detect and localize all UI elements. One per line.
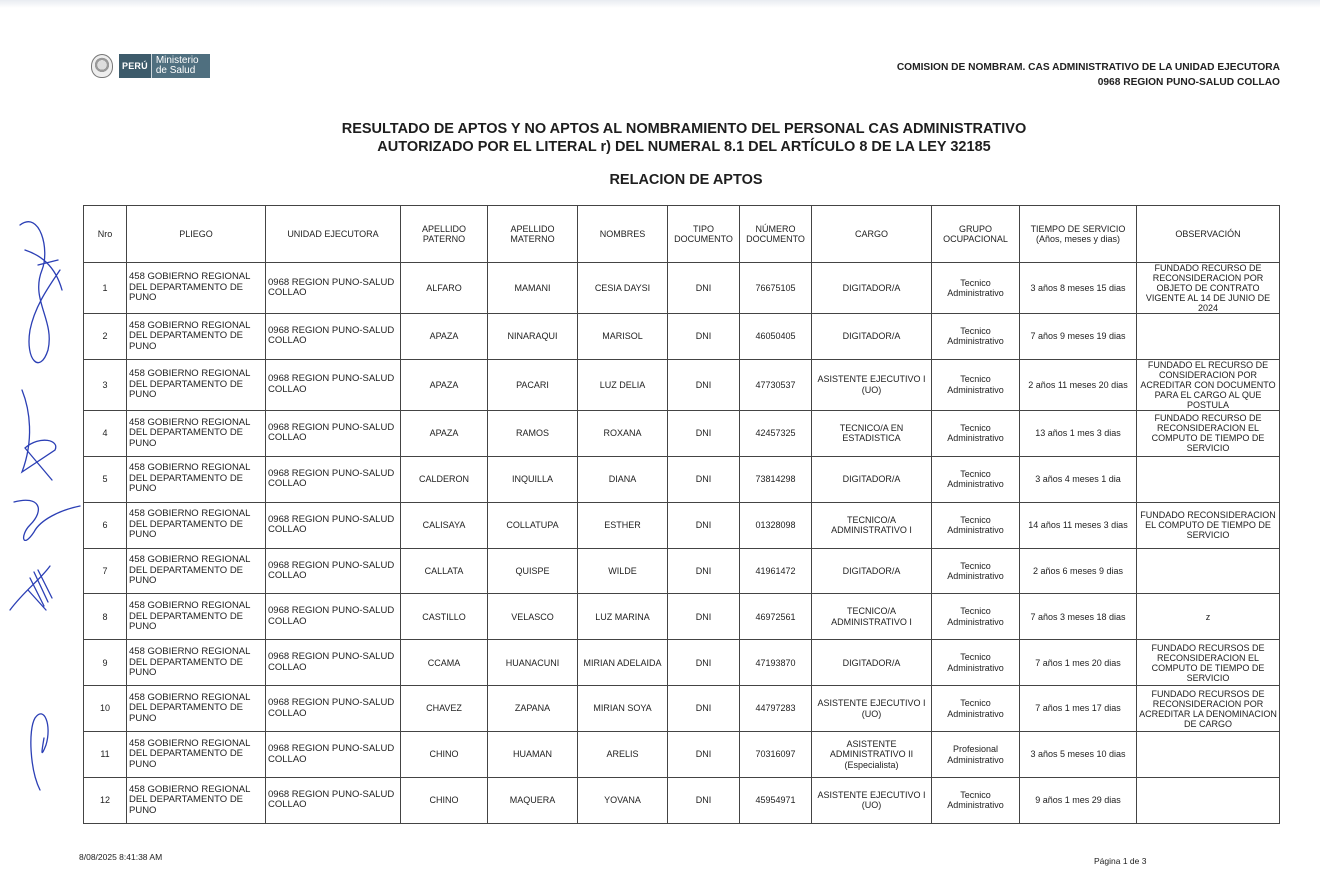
column-header: NOMBRES xyxy=(578,206,668,263)
grupo-ocupacional-cell: Tecnico Administrativo xyxy=(932,502,1020,548)
apellido-materno-cell: COLLATUPA xyxy=(488,502,578,548)
table-row: 4458 GOBIERNO REGIONAL DEL DEPARTAMENTO … xyxy=(84,410,1280,456)
apellido-materno-cell: ZAPANA xyxy=(488,686,578,732)
numero-documento-cell: 73814298 xyxy=(740,456,812,502)
pliego-cell: 458 GOBIERNO REGIONAL DEL DEPARTAMENTO D… xyxy=(127,686,266,732)
apellido-paterno-cell: CHINO xyxy=(401,778,488,824)
grupo-ocupacional-cell: Tecnico Administrativo xyxy=(932,686,1020,732)
tipo-documento-cell: DNI xyxy=(668,456,740,502)
unidad-ejecutora-cell: 0968 REGION PUNO-SALUD COLLAO xyxy=(266,778,401,824)
observacion-cell: FUNDADO RECURSO DE RECONSIDERACION POR O… xyxy=(1137,263,1280,314)
cargo-cell: TECNICO/A EN ESTADISTICA xyxy=(812,410,932,456)
apellido-materno-cell: RAMOS xyxy=(488,410,578,456)
apellido-paterno-cell: ALFARO xyxy=(401,263,488,314)
table-body: 1458 GOBIERNO REGIONAL DEL DEPARTAMENTO … xyxy=(84,263,1280,824)
tipo-documento-cell: DNI xyxy=(668,732,740,778)
commission-line2: 0968 REGION PUNO-SALUD COLLAO xyxy=(897,75,1280,90)
unidad-ejecutora-cell: 0968 REGION PUNO-SALUD COLLAO xyxy=(266,548,401,594)
numero-documento-cell: 42457325 xyxy=(740,410,812,456)
pliego-cell: 458 GOBIERNO REGIONAL DEL DEPARTAMENTO D… xyxy=(127,640,266,686)
unidad-ejecutora-cell: 0968 REGION PUNO-SALUD COLLAO xyxy=(266,410,401,456)
cargo-cell: ASISTENTE EJECUTIVO I (UO) xyxy=(812,778,932,824)
column-header: GRUPO OCUPACIONAL xyxy=(932,206,1020,263)
commission-header: COMISION DE NOMBRAM. CAS ADMINISTRATIVO … xyxy=(897,60,1280,90)
tiempo-servicio-cell: 7 años 9 meses 19 dias xyxy=(1020,314,1137,360)
table-row: 1458 GOBIERNO REGIONAL DEL DEPARTAMENTO … xyxy=(84,263,1280,314)
cargo-cell: TECNICO/A ADMINISTRATIVO I xyxy=(812,502,932,548)
signature-4 xyxy=(10,566,52,610)
apellido-materno-cell: PACARI xyxy=(488,359,578,410)
unidad-ejecutora-cell: 0968 REGION PUNO-SALUD COLLAO xyxy=(266,732,401,778)
column-header: NÚMERO DOCUMENTO xyxy=(740,206,812,263)
apellido-paterno-cell: CHAVEZ xyxy=(401,686,488,732)
pliego-cell: 458 GOBIERNO REGIONAL DEL DEPARTAMENTO D… xyxy=(127,548,266,594)
nombres-cell: ARELIS xyxy=(578,732,668,778)
tiempo-servicio-cell: 2 años 11 meses 20 dias xyxy=(1020,359,1137,410)
tiempo-servicio-cell: 9 años 1 mes 29 dias xyxy=(1020,778,1137,824)
tipo-documento-cell: DNI xyxy=(668,502,740,548)
unidad-ejecutora-cell: 0968 REGION PUNO-SALUD COLLAO xyxy=(266,686,401,732)
table-row: 7458 GOBIERNO REGIONAL DEL DEPARTAMENTO … xyxy=(84,548,1280,594)
apellido-paterno-cell: CALISAYA xyxy=(401,502,488,548)
tipo-documento-cell: DNI xyxy=(668,686,740,732)
column-header: CARGO xyxy=(812,206,932,263)
pliego-cell: 458 GOBIERNO REGIONAL DEL DEPARTAMENTO D… xyxy=(127,732,266,778)
tiempo-servicio-cell: 7 años 1 mes 17 dias xyxy=(1020,686,1137,732)
numero-documento-cell: 47730537 xyxy=(740,359,812,410)
aptos-table: NroPLIEGOUNIDAD EJECUTORAAPELLIDO PATERN… xyxy=(83,205,1280,824)
numero-documento-cell: 41961472 xyxy=(740,548,812,594)
tiempo-servicio-cell: 7 años 3 meses 18 dias xyxy=(1020,594,1137,640)
unidad-ejecutora-cell: 0968 REGION PUNO-SALUD COLLAO xyxy=(266,456,401,502)
table-row: 12458 GOBIERNO REGIONAL DEL DEPARTAMENTO… xyxy=(84,778,1280,824)
observacion-cell xyxy=(1137,778,1280,824)
unidad-ejecutora-cell: 0968 REGION PUNO-SALUD COLLAO xyxy=(266,594,401,640)
numero-documento-cell: 70316097 xyxy=(740,732,812,778)
observacion-cell: FUNDADO RECONSIDERACION EL COMPUTO DE TI… xyxy=(1137,502,1280,548)
numero-documento-cell: 76675105 xyxy=(740,263,812,314)
grupo-ocupacional-cell: Tecnico Administrativo xyxy=(932,548,1020,594)
tiempo-servicio-cell: 14 años 11 meses 3 dias xyxy=(1020,502,1137,548)
cargo-cell: ASISTENTE ADMINISTRATIVO II (Especialist… xyxy=(812,732,932,778)
tipo-documento-cell: DNI xyxy=(668,314,740,360)
tipo-documento-cell: DNI xyxy=(668,594,740,640)
apellido-paterno-cell: CASTILLO xyxy=(401,594,488,640)
numero-documento-cell: 44797283 xyxy=(740,686,812,732)
tipo-documento-cell: DNI xyxy=(668,548,740,594)
unidad-ejecutora-cell: 0968 REGION PUNO-SALUD COLLAO xyxy=(266,640,401,686)
numero-documento-cell: 01328098 xyxy=(740,502,812,548)
signature-5 xyxy=(31,714,48,790)
observacion-cell xyxy=(1137,314,1280,360)
pliego-cell: 458 GOBIERNO REGIONAL DEL DEPARTAMENTO D… xyxy=(127,359,266,410)
cargo-cell: DIGITADOR/A xyxy=(812,456,932,502)
apellido-paterno-cell: CALDERON xyxy=(401,456,488,502)
tipo-documento-cell: DNI xyxy=(668,263,740,314)
table-row: 11458 GOBIERNO REGIONAL DEL DEPARTAMENTO… xyxy=(84,732,1280,778)
logo-ministry: Ministerio de Salud xyxy=(152,54,210,78)
grupo-ocupacional-cell: Tecnico Administrativo xyxy=(932,456,1020,502)
grupo-ocupacional-cell: Tecnico Administrativo xyxy=(932,263,1020,314)
commission-line1: COMISION DE NOMBRAM. CAS ADMINISTRATIVO … xyxy=(897,60,1280,75)
document-title: RESULTADO DE APTOS Y NO APTOS AL NOMBRAM… xyxy=(0,120,1320,156)
table-row: 3458 GOBIERNO REGIONAL DEL DEPARTAMENTO … xyxy=(84,359,1280,410)
unidad-ejecutora-cell: 0968 REGION PUNO-SALUD COLLAO xyxy=(266,314,401,360)
observacion-cell xyxy=(1137,732,1280,778)
apellido-materno-cell: MAMANI xyxy=(488,263,578,314)
tiempo-servicio-cell: 3 años 8 meses 15 dias xyxy=(1020,263,1137,314)
observacion-cell: FUNDADO RECURSOS DE RECONSIDERACION POR … xyxy=(1137,686,1280,732)
pliego-cell: 458 GOBIERNO REGIONAL DEL DEPARTAMENTO D… xyxy=(127,314,266,360)
pliego-cell: 458 GOBIERNO REGIONAL DEL DEPARTAMENTO D… xyxy=(127,456,266,502)
column-header: APELLIDO PATERNO xyxy=(401,206,488,263)
signature-3 xyxy=(14,500,80,540)
numero-documento-cell: 46972561 xyxy=(740,594,812,640)
pliego-cell: 458 GOBIERNO REGIONAL DEL DEPARTAMENTO D… xyxy=(127,594,266,640)
grupo-ocupacional-cell: Profesional Administrativo xyxy=(932,732,1020,778)
pliego-cell: 458 GOBIERNO REGIONAL DEL DEPARTAMENTO D… xyxy=(127,410,266,456)
grupo-ocupacional-cell: Tecnico Administrativo xyxy=(932,778,1020,824)
cargo-cell: ASISTENTE EJECUTIVO I (UO) xyxy=(812,686,932,732)
apellido-paterno-cell: APAZA xyxy=(401,359,488,410)
section-title: RELACION DE APTOS xyxy=(0,172,1320,188)
numero-documento-cell: 47193870 xyxy=(740,640,812,686)
apellido-materno-cell: MAQUERA xyxy=(488,778,578,824)
title-line2: AUTORIZADO POR EL LITERAL r) DEL NUMERAL… xyxy=(0,138,1320,156)
column-header: PLIEGO xyxy=(127,206,266,263)
observacion-cell: FUNDADO EL RECURSO DE CONSIDERACION POR … xyxy=(1137,359,1280,410)
pliego-cell: 458 GOBIERNO REGIONAL DEL DEPARTAMENTO D… xyxy=(127,263,266,314)
logo-country: PERÚ xyxy=(119,54,152,78)
print-timestamp: 8/08/2025 8:41:38 AM xyxy=(79,852,162,862)
tiempo-servicio-cell: 2 años 6 meses 9 dias xyxy=(1020,548,1137,594)
signature-2 xyxy=(22,390,56,480)
tiempo-servicio-cell: 7 años 1 mes 20 dias xyxy=(1020,640,1137,686)
signature-1 xyxy=(20,222,62,363)
nombres-cell: ESTHER xyxy=(578,502,668,548)
tipo-documento-cell: DNI xyxy=(668,359,740,410)
column-header: OBSERVACIÓN xyxy=(1137,206,1280,263)
apellido-materno-cell: QUISPE xyxy=(488,548,578,594)
cargo-cell: DIGITADOR/A xyxy=(812,548,932,594)
numero-documento-cell: 45954971 xyxy=(740,778,812,824)
cargo-cell: DIGITADOR/A xyxy=(812,263,932,314)
cargo-cell: DIGITADOR/A xyxy=(812,640,932,686)
nombres-cell: LUZ MARINA xyxy=(578,594,668,640)
table-row: 8458 GOBIERNO REGIONAL DEL DEPARTAMENTO … xyxy=(84,594,1280,640)
grupo-ocupacional-cell: Tecnico Administrativo xyxy=(932,594,1020,640)
nombres-cell: LUZ DELIA xyxy=(578,359,668,410)
apellido-materno-cell: NINARAQUI xyxy=(488,314,578,360)
cargo-cell: ASISTENTE EJECUTIVO I (UO) xyxy=(812,359,932,410)
column-header: TIPO DOCUMENTO xyxy=(668,206,740,263)
apellido-paterno-cell: CCAMA xyxy=(401,640,488,686)
table-row: 6458 GOBIERNO REGIONAL DEL DEPARTAMENTO … xyxy=(84,502,1280,548)
nombres-cell: WILDE xyxy=(578,548,668,594)
tiempo-servicio-cell: 3 años 5 meses 10 dias xyxy=(1020,732,1137,778)
apellido-materno-cell: VELASCO xyxy=(488,594,578,640)
observacion-cell xyxy=(1137,456,1280,502)
table-header-row: NroPLIEGOUNIDAD EJECUTORAAPELLIDO PATERN… xyxy=(84,206,1280,263)
pliego-cell: 458 GOBIERNO REGIONAL DEL DEPARTAMENTO D… xyxy=(127,778,266,824)
column-header: TIEMPO DE SERVICIO (Años, meses y dias) xyxy=(1020,206,1137,263)
column-header: APELLIDO MATERNO xyxy=(488,206,578,263)
tiempo-servicio-cell: 13 años 1 mes 3 dias xyxy=(1020,410,1137,456)
cargo-cell: TECNICO/A ADMINISTRATIVO I xyxy=(812,594,932,640)
apellido-paterno-cell: CHINO xyxy=(401,732,488,778)
table-row: 10458 GOBIERNO REGIONAL DEL DEPARTAMENTO… xyxy=(84,686,1280,732)
tipo-documento-cell: DNI xyxy=(668,640,740,686)
cargo-cell: DIGITADOR/A xyxy=(812,314,932,360)
title-line1: RESULTADO DE APTOS Y NO APTOS AL NOMBRAM… xyxy=(0,120,1320,138)
apellido-paterno-cell: CALLATA xyxy=(401,548,488,594)
column-header: UNIDAD EJECUTORA xyxy=(266,206,401,263)
nombres-cell: YOVANA xyxy=(578,778,668,824)
apellido-materno-cell: HUANACUNI xyxy=(488,640,578,686)
apellido-materno-cell: INQUILLA xyxy=(488,456,578,502)
unidad-ejecutora-cell: 0968 REGION PUNO-SALUD COLLAO xyxy=(266,502,401,548)
observacion-cell: FUNDADO RECURSOS DE RECONSIDERACION EL C… xyxy=(1137,640,1280,686)
numero-documento-cell: 46050405 xyxy=(740,314,812,360)
nombres-cell: DIANA xyxy=(578,456,668,502)
nombres-cell: CESIA DAYSI xyxy=(578,263,668,314)
nombres-cell: ROXANA xyxy=(578,410,668,456)
minsa-logo: PERÚ Ministerio de Salud xyxy=(91,54,210,78)
table-row: 9458 GOBIERNO REGIONAL DEL DEPARTAMENTO … xyxy=(84,640,1280,686)
tiempo-servicio-cell: 3 años 4 meses 1 dia xyxy=(1020,456,1137,502)
scan-edge-shade xyxy=(0,0,1320,8)
nombres-cell: MIRIAN SOYA xyxy=(578,686,668,732)
table-row: 5458 GOBIERNO REGIONAL DEL DEPARTAMENTO … xyxy=(84,456,1280,502)
grupo-ocupacional-cell: Tecnico Administrativo xyxy=(932,359,1020,410)
grupo-ocupacional-cell: Tecnico Administrativo xyxy=(932,314,1020,360)
table-row: 2458 GOBIERNO REGIONAL DEL DEPARTAMENTO … xyxy=(84,314,1280,360)
page-number: Página 1 de 3 xyxy=(1094,856,1146,866)
observacion-cell xyxy=(1137,548,1280,594)
coat-of-arms-icon xyxy=(91,54,113,78)
apellido-materno-cell: HUAMAN xyxy=(488,732,578,778)
unidad-ejecutora-cell: 0968 REGION PUNO-SALUD COLLAO xyxy=(266,263,401,314)
apellido-paterno-cell: APAZA xyxy=(401,410,488,456)
pliego-cell: 458 GOBIERNO REGIONAL DEL DEPARTAMENTO D… xyxy=(127,502,266,548)
grupo-ocupacional-cell: Tecnico Administrativo xyxy=(932,410,1020,456)
apellido-paterno-cell: APAZA xyxy=(401,314,488,360)
observacion-cell: FUNDADO RECURSO DE RECONSIDERACION EL CO… xyxy=(1137,410,1280,456)
grupo-ocupacional-cell: Tecnico Administrativo xyxy=(932,640,1020,686)
unidad-ejecutora-cell: 0968 REGION PUNO-SALUD COLLAO xyxy=(266,359,401,410)
nombres-cell: MARISOL xyxy=(578,314,668,360)
tipo-documento-cell: DNI xyxy=(668,410,740,456)
nombres-cell: MIRIAN ADELAIDA xyxy=(578,640,668,686)
signatures xyxy=(0,210,90,830)
observacion-cell: z xyxy=(1137,594,1280,640)
logo-ministry-line2: de Salud xyxy=(156,66,206,76)
tipo-documento-cell: DNI xyxy=(668,778,740,824)
